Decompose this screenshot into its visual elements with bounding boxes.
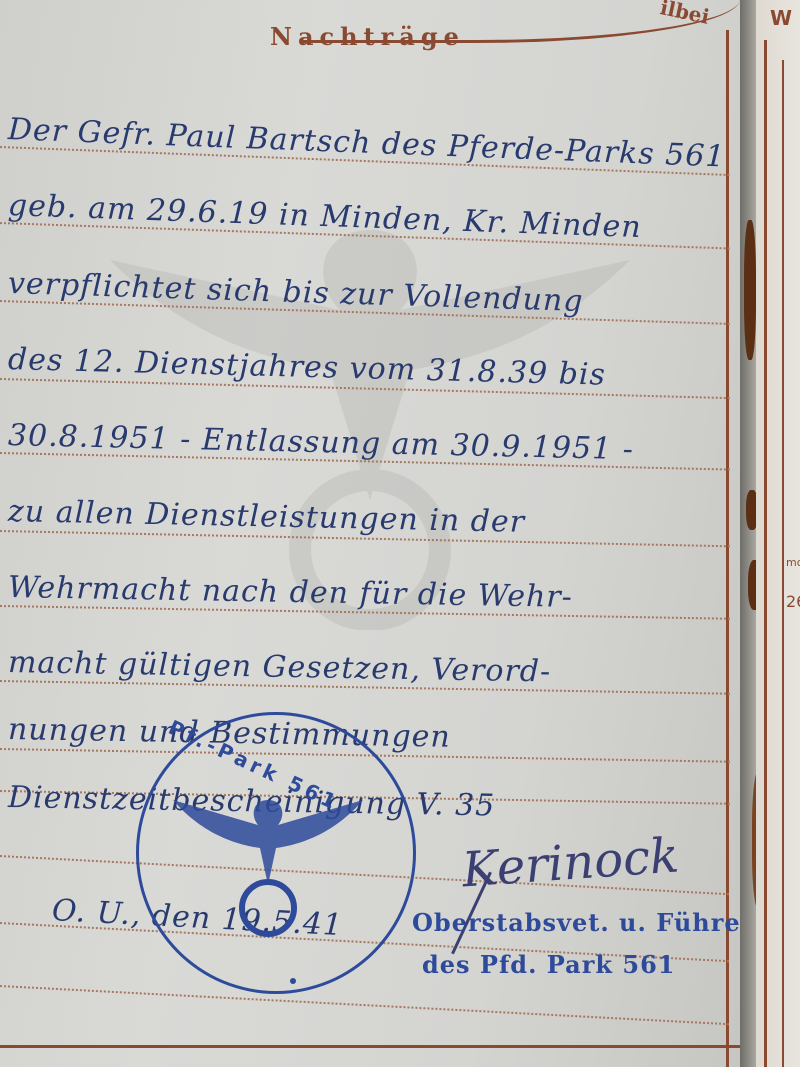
adjacent-page <box>756 0 800 1067</box>
page-title: Nachträge <box>270 22 465 51</box>
page-border-bottom <box>0 1045 740 1048</box>
adjacent-page-corner: W <box>770 6 792 30</box>
adjacent-page-border <box>782 60 784 1067</box>
rank-stamp-line-1: Oberstabsvet. u. Führer <box>412 908 754 937</box>
stamp-eagle-icon <box>168 790 368 940</box>
document-page: Nachträge ilbei Der Gefr. Paul Bartsch d… <box>0 0 740 1067</box>
rank-stamp-line-2: des Pfd. Park 561 <box>422 950 675 979</box>
adjacent-page-text: mod <box>786 556 800 569</box>
rust-stain <box>744 220 756 360</box>
signature: Kerinock <box>460 827 680 898</box>
adjacent-page-text: 26 <box>786 592 800 611</box>
adjacent-page-border <box>764 40 767 1067</box>
handwritten-line: Der Gefr. Paul Bartsch des Pferde-Parks … <box>7 112 726 175</box>
book-gutter <box>740 0 756 1067</box>
stamp-dot <box>290 978 296 984</box>
ruled-line <box>0 985 729 1025</box>
